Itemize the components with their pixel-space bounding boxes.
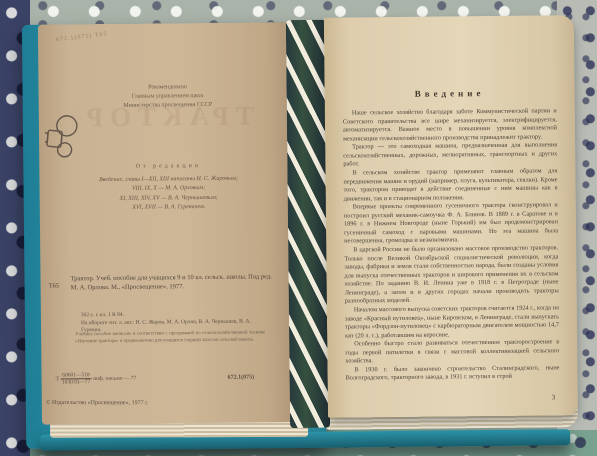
pencil-note: 672.1(075) Т65 — [56, 31, 108, 43]
paragraph: Трактор — это самоходная машина, предназ… — [343, 142, 557, 170]
paragraph: Особенно быстро стало развиваться отечес… — [345, 338, 559, 366]
spiral-binding — [286, 20, 330, 428]
paragraph: Наше сельское хозяйство благодаря заботе… — [343, 107, 557, 143]
editors-heading: От редакции — [39, 162, 297, 171]
chapter-title: Введение — [325, 87, 575, 100]
catalog-suffix: инф. письмо — 77 — [93, 375, 136, 381]
catalog-denominator: 103(03)—77 — [60, 379, 92, 385]
catalog-prefix: Т — [56, 376, 59, 382]
authors-note-line: XVI, XVII — В. А. Гуревичем. — [40, 202, 298, 214]
paragraph: Началом массового выпуска советских трак… — [345, 304, 559, 340]
authors-note: Введение, главы I—XII, XIII написаны Н. … — [39, 174, 297, 214]
paragraph: В сельском хозяйстве трактор применяют г… — [343, 167, 557, 203]
introduction-page: Введение Наше сельское хозяйство благода… — [324, 15, 578, 418]
bibliographic-entry: Трактор. Учеб. пособие для учащихся 9 и … — [70, 272, 275, 292]
udc-number: 672.1(075) — [228, 374, 255, 380]
photo-of-open-book: { "left_page": { "pencil_note": "672.1(0… — [0, 0, 597, 456]
introduction-text: Наше сельское хозяйство благодаря заботе… — [343, 107, 560, 383]
catalog-fraction: 60601—518 103(03)—77 — [60, 372, 92, 385]
paragraph: В царской России не было организовано ма… — [344, 244, 559, 306]
annotation-paragraph: Учебное пособие написано в соответствии … — [75, 330, 265, 346]
paragraph: Впервые проекты современного гусеничного… — [344, 201, 558, 246]
showthrough-title: ТРАКТОР — [57, 100, 277, 133]
title-verso-page: 672.1(075) Т65 Рекомендовано Главным упр… — [38, 22, 300, 425]
copyright-line: © Издательство «Просвещение», 1977 г. — [46, 400, 149, 406]
page-number: 3 — [552, 393, 556, 401]
open-book: 672.1(075) Т65 Рекомендовано Главным упр… — [16, 5, 583, 451]
catalog-code: Т65 — [49, 283, 60, 290]
paragraph: В 1930 г. было закончено строительство С… — [345, 364, 559, 383]
catalog-index: Т 60601—518 103(03)—77 инф. письмо — 77 — [56, 372, 137, 386]
